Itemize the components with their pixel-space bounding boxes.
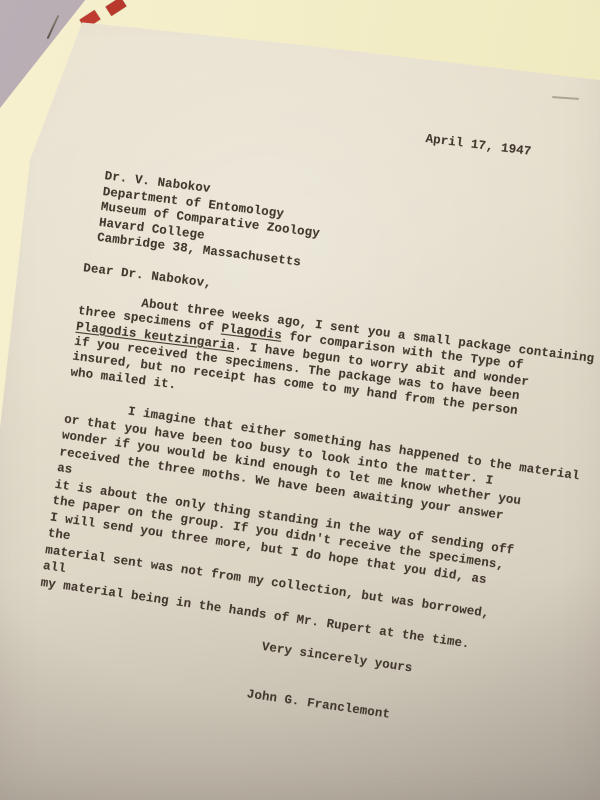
letter-photo: April 17, 1947 Dr. V. Nabokov Department… [0, 0, 600, 800]
letter-body: April 17, 1947 Dr. V. Nabokov Department… [14, 90, 569, 728]
